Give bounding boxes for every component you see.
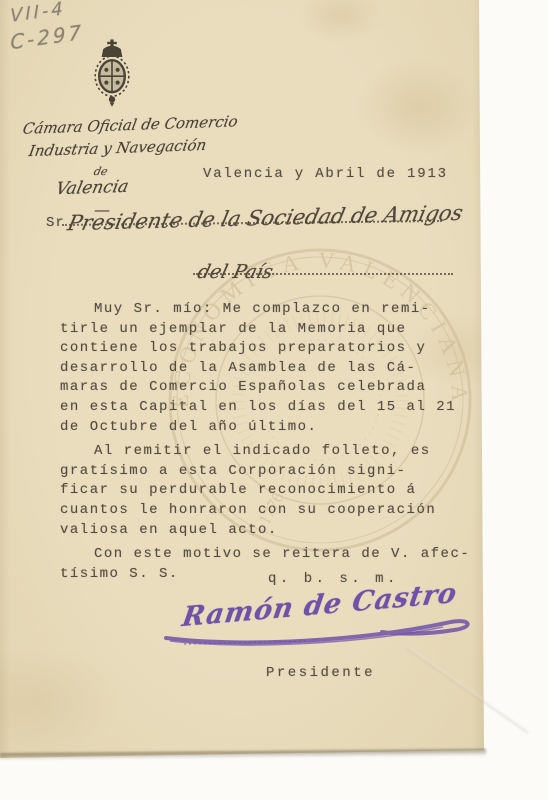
signer-title: Presidente [266,665,375,681]
dotted-rule-2 [193,273,453,275]
letter-body: Muy Sr. mío: Me complazco en remi- tirle… [60,300,476,584]
date-line: Valencia y Abril de 1913 [203,166,448,182]
letterhead-org-line4: Valencia [54,177,131,200]
recipient-line2: del País [195,261,275,283]
letterhead-org-line2: Industria y Navegación [27,136,207,160]
letterhead-org-line1: Cámara Oficial de Comercio [21,112,239,138]
body-paragraph-2: Al remitir el indicado folleto, es gratí… [60,442,476,540]
scanned-letter: VII-4 C-297 ECONÓMICA VALENCIANA 1776 [0,0,548,800]
letterhead-org-line3: de [93,165,109,178]
letter-paper: VII-4 C-297 ECONÓMICA VALENCIANA 1776 [0,0,486,762]
royal-crest-icon [88,38,136,108]
body-paragraph-1: Muy Sr. mío: Me complazco en remi- tirle… [60,300,476,437]
